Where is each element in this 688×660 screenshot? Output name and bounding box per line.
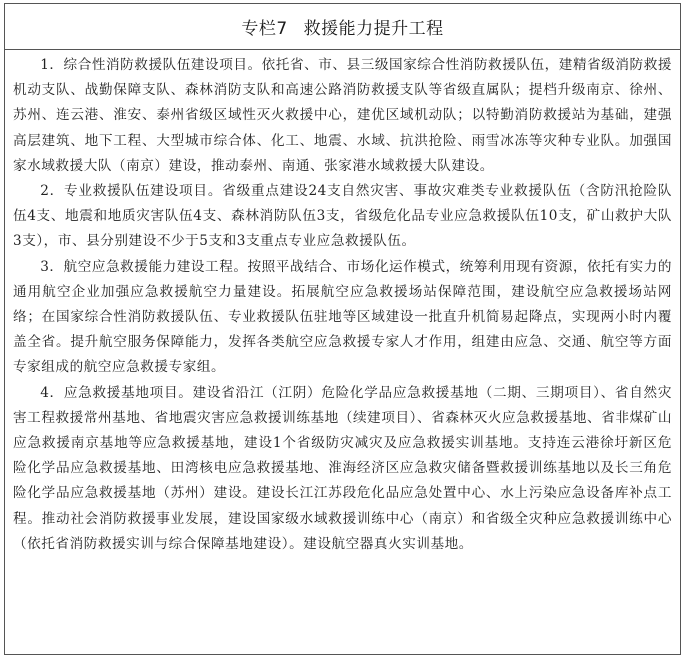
item-text: 综合性消防救援队伍建设项目。依托省、市、县三级国家综合性消防救援队伍，建精省级消… — [13, 57, 672, 174]
item-paragraph-2: 2．专业救援队伍建设项目。省级重点建设24支自然灾害、事故灾难类专业救援队伍（含… — [13, 179, 672, 255]
item-number: 1． — [40, 57, 63, 73]
item-text: 应急救援基地项目。建设省沿江（江阴）危险化学品应急救援基地（二期、三期项目）、省… — [13, 385, 672, 552]
column-title-label: 专栏7 — [241, 14, 287, 39]
item-paragraph-4: 4．应急救援基地项目。建设省沿江（江阴）危险化学品应急救援基地（二期、三期项目）… — [13, 381, 672, 557]
item-number: 3． — [40, 259, 63, 275]
item-paragraph-3: 3．航空应急救援能力建设工程。按照平战结合、市场化运作模式，统筹利用现有资源，依… — [13, 255, 672, 381]
item-text: 专业救援队伍建设项目。省级重点建设24支自然灾害、事故灾难类专业救援队伍（含防汛… — [13, 183, 672, 249]
column-title-text: 救援能力提升工程 — [304, 14, 444, 39]
column-body: 1．综合性消防救援队伍建设项目。依托省、市、县三级国家综合性消防救援队伍，建精省… — [5, 50, 680, 557]
item-text: 航空应急救援能力建设工程。按照平战结合、市场化运作模式，统筹利用现有资源，依托有… — [13, 259, 672, 376]
column-box: 专栏7 救援能力提升工程 1．综合性消防救援队伍建设项目。依托省、市、县三级国家… — [4, 3, 681, 655]
item-number: 4． — [40, 385, 64, 401]
item-paragraph-1: 1．综合性消防救援队伍建设项目。依托省、市、县三级国家综合性消防救援队伍，建精省… — [13, 53, 672, 179]
item-number: 2． — [40, 183, 64, 199]
column-title: 专栏7 救援能力提升工程 — [5, 4, 680, 50]
